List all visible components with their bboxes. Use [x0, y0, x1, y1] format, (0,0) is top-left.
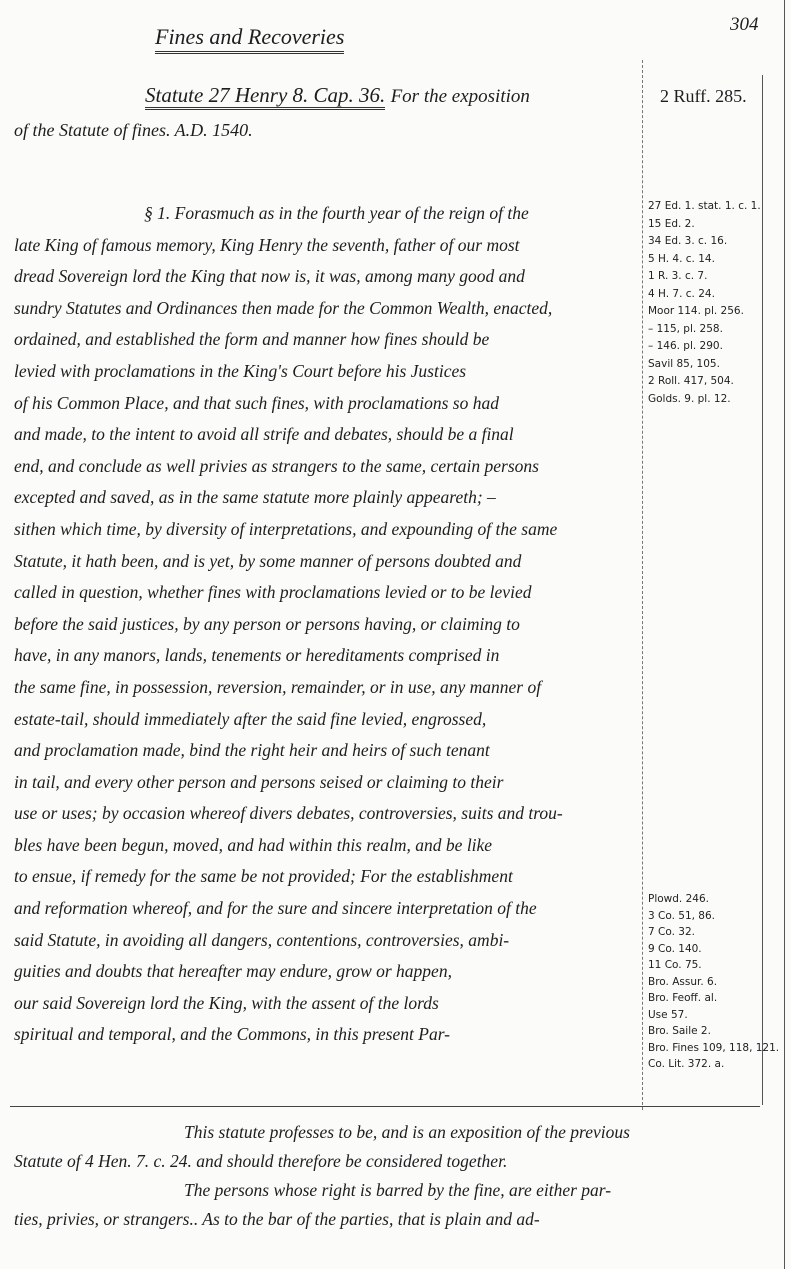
statute-title-part2: of the Statute of fines. A.D. 1540. — [14, 120, 253, 141]
margin-note: Bro. Assur. 6. — [648, 974, 779, 991]
text-line: excepted and saved, as in the same statu… — [14, 482, 644, 514]
margin-note: Bro. Saile 2. — [648, 1023, 779, 1040]
margin-note: Use 57. — [648, 1007, 779, 1024]
text-line: end, and conclude as well privies as str… — [14, 451, 644, 483]
text-line: ordained, and established the form and m… — [14, 324, 644, 356]
margin-note: – 115, pl. 258. — [648, 321, 761, 339]
margin-notes-group-2: Plowd. 246.3 Co. 51, 86.7 Co. 32.9 Co. 1… — [648, 891, 779, 1073]
margin-note: 11 Co. 75. — [648, 957, 779, 974]
margin-note: 9 Co. 140. — [648, 941, 779, 958]
commentary-line: The persons whose right is barred by the… — [14, 1176, 774, 1205]
text-line: the same fine, in possession, reversion,… — [14, 672, 644, 704]
text-line: before the said justices, by any person … — [14, 609, 644, 641]
statute-text: § 1. Forasmuch as in the fourth year of … — [14, 198, 644, 1051]
statute-title-part1: For the exposition — [391, 86, 530, 107]
margin-citation-top: 2 Ruff. 285. — [660, 86, 747, 107]
text-line: of his Common Place, and that such fines… — [14, 388, 644, 420]
text-line: to ensue, if remedy for the same be not … — [14, 861, 644, 893]
margin-note: 3 Co. 51, 86. — [648, 908, 779, 925]
text-line: and proclamation made, bind the right he… — [14, 735, 644, 767]
margin-note: Co. Lit. 372. a. — [648, 1056, 779, 1073]
margin-notes-group-1: 27 Ed. 1. stat. 1. c. 1.15 Ed. 2.34 Ed. … — [648, 198, 761, 408]
commentary-text: This statute professes to be, and is an … — [14, 1118, 774, 1234]
manuscript-page: 304 Fines and Recoveries Statute 27 Henr… — [0, 0, 791, 1269]
text-line: our said Sovereign lord the King, with t… — [14, 988, 644, 1020]
commentary-line: Statute of 4 Hen. 7. c. 24. and should t… — [14, 1147, 774, 1176]
commentary-line: ties, privies, or strangers.. As to the … — [14, 1205, 774, 1234]
text-line: and made, to the intent to avoid all str… — [14, 419, 644, 451]
text-line: dread Sovereign lord the King that now i… — [14, 261, 644, 293]
text-line: use or uses; by occasion whereof divers … — [14, 798, 644, 830]
margin-note: Plowd. 246. — [648, 891, 779, 908]
text-line: spiritual and temporal, and the Commons,… — [14, 1019, 644, 1051]
text-line: § 1. Forasmuch as in the fourth year of … — [14, 198, 644, 230]
page-number: 304 — [730, 14, 759, 36]
margin-note: Bro. Fines 109, 118, 121. — [648, 1040, 779, 1057]
margin-note: 7 Co. 32. — [648, 924, 779, 941]
margin-note: 4 H. 7. c. 24. — [648, 286, 761, 304]
text-line: said Statute, in avoiding all dangers, c… — [14, 925, 644, 957]
text-line: late King of famous memory, King Henry t… — [14, 230, 644, 262]
statute-heading: Statute 27 Henry 8. Cap. 36. For the exp… — [145, 83, 530, 108]
statute-reference: Statute 27 Henry 8. Cap. 36. — [145, 83, 385, 110]
text-line: and reformation whereof, and for the sur… — [14, 893, 644, 925]
text-line: called in question, whether fines with p… — [14, 577, 644, 609]
text-line: have, in any manors, lands, tenements or… — [14, 640, 644, 672]
divider-line — [10, 1106, 760, 1107]
page-heading: Fines and Recoveries — [155, 24, 344, 54]
text-line: estate-tail, should immediately after th… — [14, 704, 644, 736]
margin-note: 15 Ed. 2. — [648, 216, 761, 234]
margin-note: – 146. pl. 290. — [648, 338, 761, 356]
margin-note: 34 Ed. 3. c. 16. — [648, 233, 761, 251]
commentary-line: This statute professes to be, and is an … — [14, 1118, 774, 1147]
margin-note: Moor 114. pl. 256. — [648, 303, 761, 321]
text-line: Statute, it hath been, and is yet, by so… — [14, 546, 644, 578]
text-line: sithen which time, by diversity of inter… — [14, 514, 644, 546]
text-line: bles have been begun, moved, and had wit… — [14, 830, 644, 862]
margin-note: Bro. Feoff. al. — [648, 990, 779, 1007]
margin-note: 5 H. 4. c. 14. — [648, 251, 761, 269]
margin-note: Golds. 9. pl. 12. — [648, 391, 761, 409]
text-line: levied with proclamations in the King's … — [14, 356, 644, 388]
text-line: sundry Statutes and Ordinances then made… — [14, 293, 644, 325]
text-line: in tail, and every other person and pers… — [14, 767, 644, 799]
margin-note: Savil 85, 105. — [648, 356, 761, 374]
margin-note: 1 R. 3. c. 7. — [648, 268, 761, 286]
margin-note: 2 Roll. 417, 504. — [648, 373, 761, 391]
margin-note: 27 Ed. 1. stat. 1. c. 1. — [648, 198, 761, 216]
page-edge-rule — [784, 0, 785, 1269]
text-line: guities and doubts that hereafter may en… — [14, 956, 644, 988]
